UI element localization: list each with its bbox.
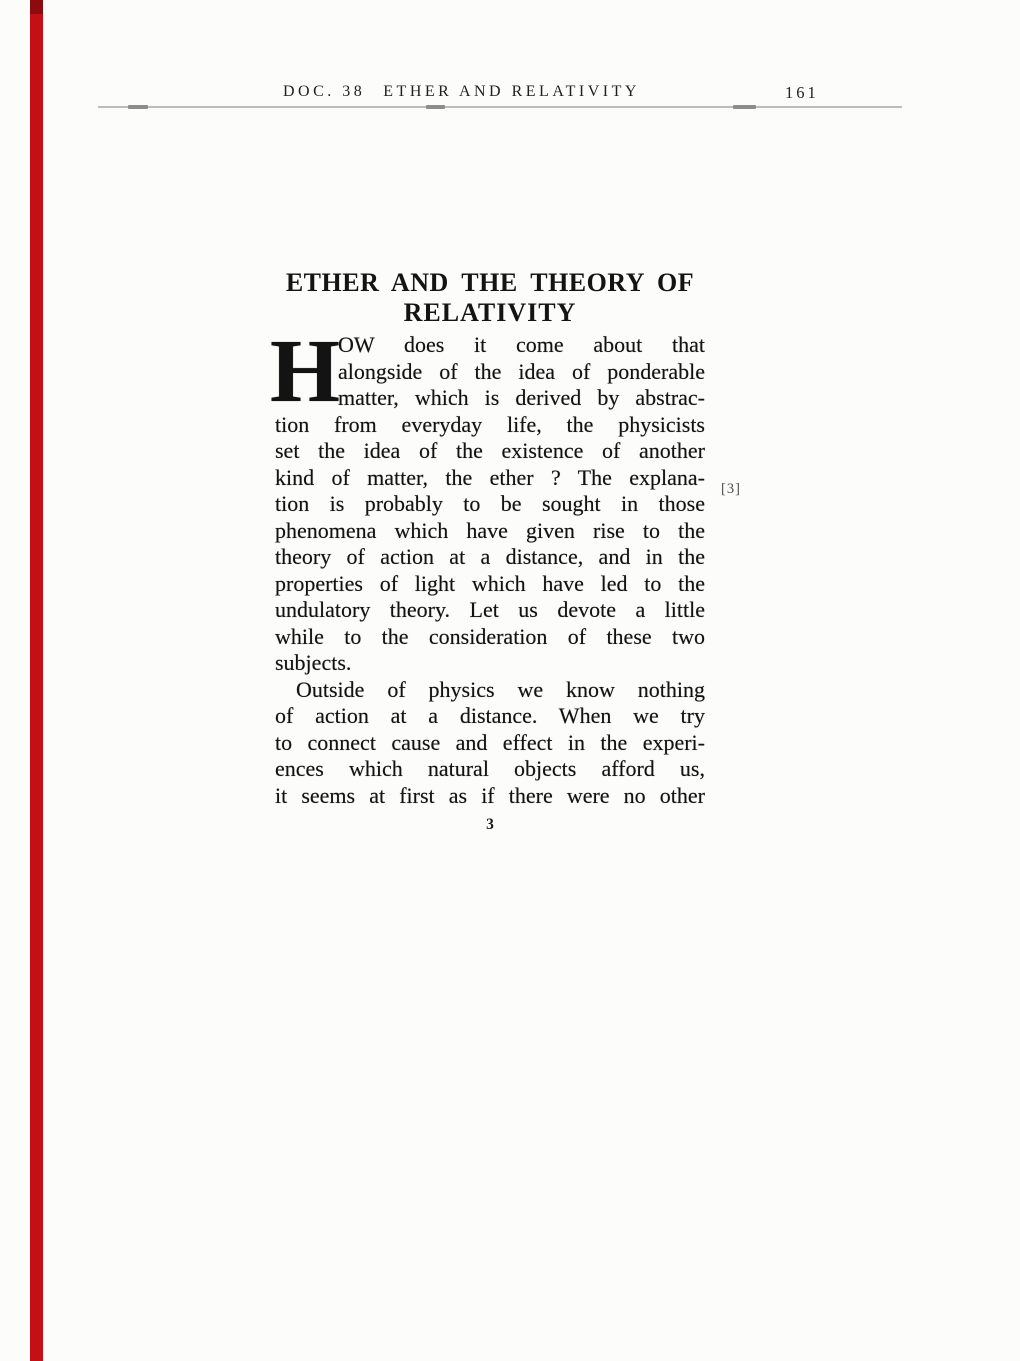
text-line: tion is probably to be sought in those [275, 491, 705, 518]
text-line: phenomena which have given rise to the [275, 518, 705, 545]
text-line: matter, which is derived by abstrac- [338, 385, 705, 412]
text-line: set the idea of the existence of another [275, 438, 705, 465]
text-line: properties of light which have led to th… [275, 571, 705, 598]
chapter-title: ETHER AND THE THEORY OF RELATIVITY [255, 268, 725, 327]
running-head: DOC. 38 ETHER AND RELATIVITY [283, 83, 640, 101]
running-head-page-number: 161 [785, 83, 819, 103]
editorial-margin-note: [3] [721, 481, 741, 498]
text-line: theory of action at a distance, and in t… [275, 544, 705, 571]
text-line: to connect cause and effect in the exper… [275, 730, 705, 757]
running-head-doc-label: DOC. 38 [283, 83, 365, 101]
rule-mark-left [128, 105, 148, 109]
rule-mark-center [426, 105, 445, 109]
red-binding-stripe [30, 0, 43, 1361]
text-line: Outside of physics we know nothing [275, 677, 705, 704]
text-line: it seems at first as if there were no ot… [275, 783, 705, 810]
text-line: while to the consideration of these two [275, 624, 705, 651]
header-rule [98, 106, 902, 108]
text-line: subjects. [275, 650, 705, 677]
running-head-title: ETHER AND RELATIVITY [383, 83, 640, 101]
text-line: alongside of the idea of ponderable [338, 359, 705, 386]
text-line: undulatory theory. Let us devote a littl… [275, 597, 705, 624]
text-line: tion from everyday life, the physicists [275, 412, 705, 439]
red-binding-stripe-top-cap [30, 0, 43, 14]
original-page-number: 3 [275, 816, 705, 834]
text-line: OW does it come about that [338, 332, 705, 359]
rule-mark-right [733, 105, 756, 109]
scanned-book-page: DOC. 38 ETHER AND RELATIVITY 161 ETHER A… [0, 0, 1020, 1361]
text-line: of action at a distance. When we try [275, 703, 705, 730]
body-text-block: OW does it come about that alongside of … [275, 332, 705, 809]
text-line: kind of matter, the ether ? The explana- [275, 465, 705, 492]
chapter-title-line-1: ETHER AND THE THEORY OF [255, 268, 725, 298]
text-line: ences which natural objects afford us, [275, 756, 705, 783]
